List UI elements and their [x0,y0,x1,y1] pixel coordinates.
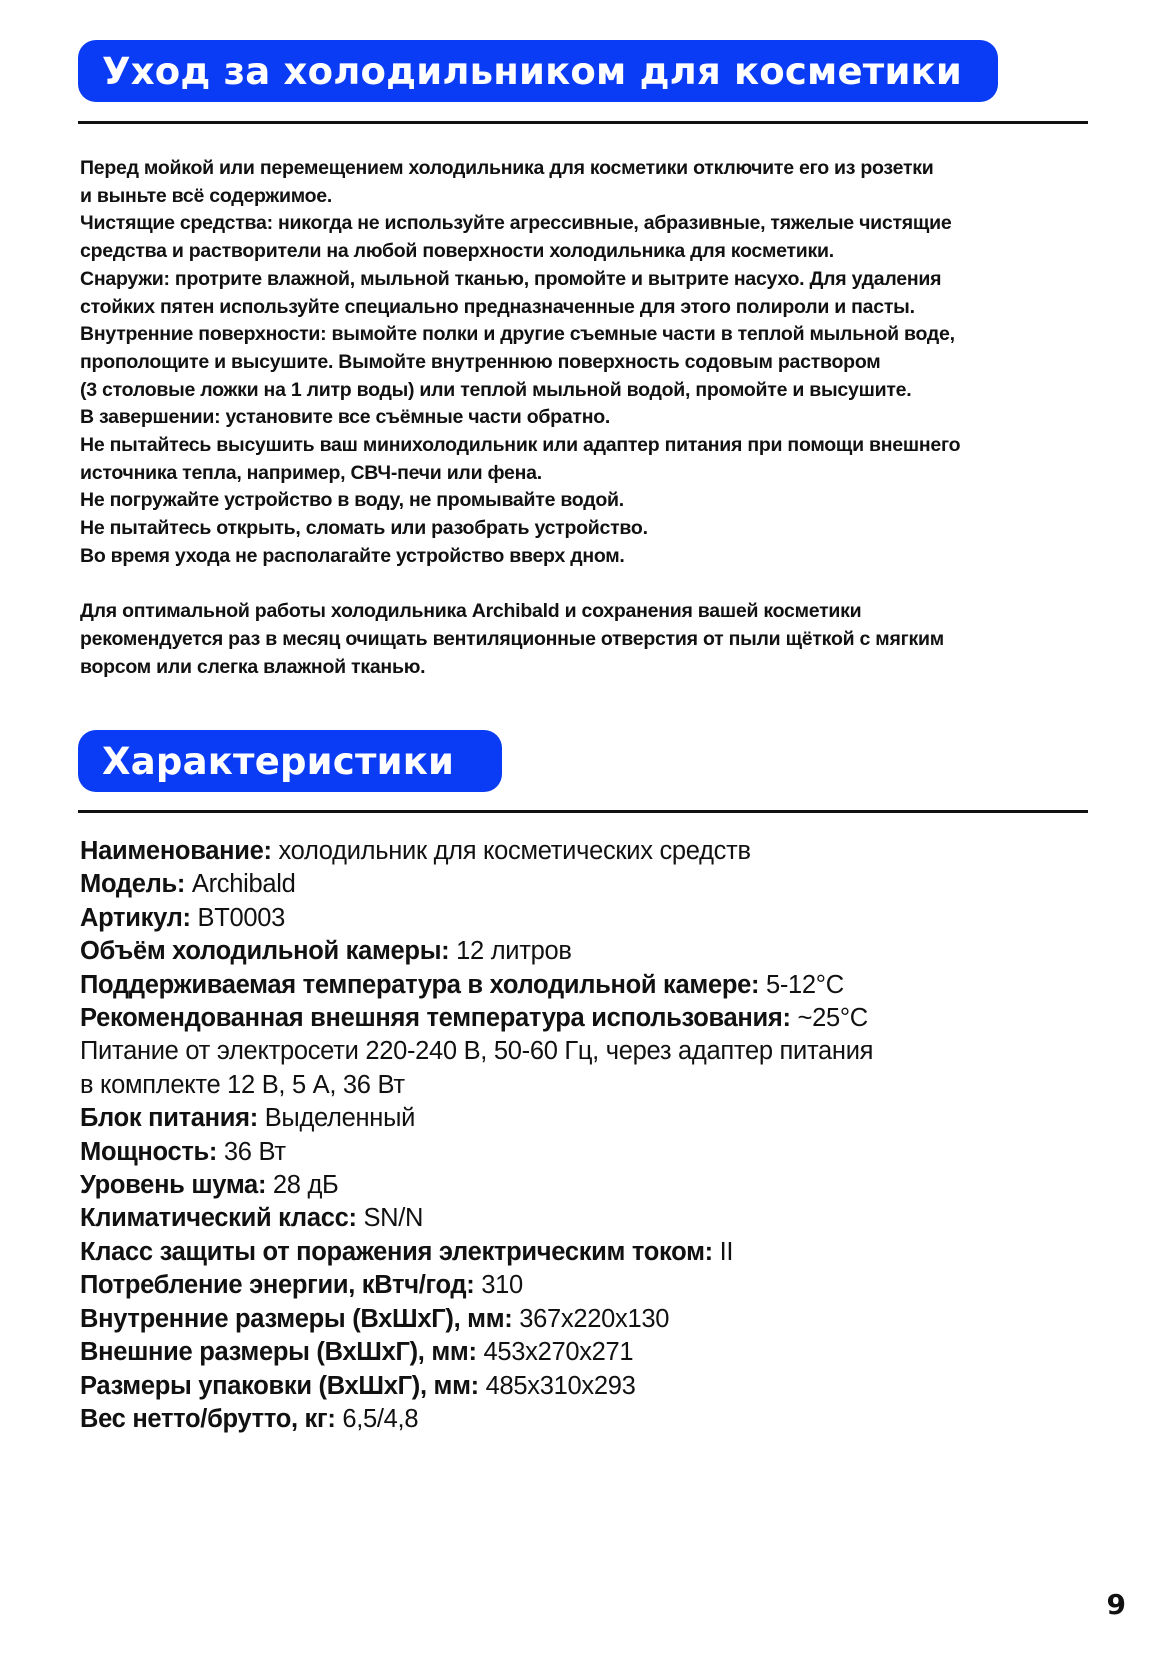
spec-value: ~25°C [791,1004,868,1032]
spec-row: Уровень шума: 28 дБ [80,1169,1090,1202]
spec-value: 6,5/4,8 [336,1405,419,1433]
spec-row: Рекомендованная внешняя температура испо… [80,1002,1090,1035]
spec-label: Климатический класс: [80,1204,357,1232]
spec-label: Класс защиты от поражения электрическим … [80,1238,713,1266]
spec-label: Мощность: [80,1138,217,1166]
care-line: источника тепла, например, СВЧ-печи или … [80,460,1090,488]
care-line: Во время ухода не располагайте устройств… [80,543,1090,571]
spec-label: Артикул: [80,904,191,932]
tip-line: Для оптимальной работы холодильника Arch… [80,598,1090,626]
spec-label: Вес нетто/брутто, кг: [80,1405,336,1433]
spec-row: Поддерживаемая температура в холодильной… [80,969,1090,1002]
spec-row: Блок питания: Выделенный [80,1102,1090,1135]
specifications-list: Наименование: холодильник для косметичес… [80,835,1090,1436]
spec-label: Поддерживаемая температура в холодильной… [80,971,759,999]
specs-section-divider [78,810,1088,813]
spec-row: Климатический класс: SN/N [80,1202,1090,1235]
spec-label: Потребление энергии, кВтч/год: [80,1271,475,1299]
care-line: Внутренние поверхности: вымойте полки и … [80,321,1090,349]
spec-value: 367x220x130 [513,1305,670,1333]
spec-value: BT0003 [191,904,285,932]
tip-line: ворсом или слегка влажной тканью. [80,654,1090,682]
spec-label: Объём холодильной камеры: [80,937,449,965]
care-line: В завершении: установите все съёмные час… [80,404,1090,432]
spec-row: Размеры упаковки (ВхШхГ), мм: 485x310x29… [80,1370,1090,1403]
spec-value: 485x310x293 [479,1372,636,1400]
spec-label: Размеры упаковки (ВхШхГ), мм: [80,1372,479,1400]
spec-value: SN/N [357,1204,424,1232]
care-line: прополощите и высушите. Вымойте внутренн… [80,349,1090,377]
spec-label: Рекомендованная внешняя температура испо… [80,1004,791,1032]
spec-row: в комплекте 12 В, 5 А, 36 Вт [80,1069,1090,1102]
page-number: 9 [1107,1588,1126,1621]
spec-value: 28 дБ [266,1171,338,1199]
spec-row: Класс защиты от поражения электрическим … [80,1236,1090,1269]
spec-row: Вес нетто/брутто, кг: 6,5/4,8 [80,1403,1090,1436]
spec-row: Внутренние размеры (ВхШхГ), мм: 367x220x… [80,1303,1090,1336]
spec-label: Наименование: [80,837,272,865]
spec-value: 5-12°C [759,971,844,999]
care-line: (3 столовые ложки на 1 литр воды) или те… [80,377,1090,405]
care-section-divider [78,121,1088,124]
spec-row: Питание от электросети 220-240 В, 50-60 … [80,1035,1090,1068]
care-line: Не пытайтесь высушить ваш минихолодильни… [80,432,1090,460]
spec-value: Archibald [185,870,295,898]
spec-value: 36 Вт [217,1138,286,1166]
care-line: средства и растворители на любой поверхн… [80,238,1090,266]
spec-label: Внутренние размеры (ВхШхГ), мм: [80,1305,513,1333]
tip-line: рекомендуется раз в месяц очищать вентил… [80,626,1090,654]
care-line: Чистящие средства: никогда не используйт… [80,210,1090,238]
spec-value: Выделенный [258,1104,415,1132]
care-line: Снаружи: протрите влажной, мыльной ткань… [80,266,1090,294]
spec-row: Артикул: BT0003 [80,902,1090,935]
spec-row: Мощность: 36 Вт [80,1136,1090,1169]
spec-label: Уровень шума: [80,1171,266,1199]
spec-row: Потребление энергии, кВтч/год: 310 [80,1269,1090,1302]
specs-section-heading: Характеристики [78,730,502,792]
spec-label: Блок питания: [80,1104,258,1132]
spec-label: Модель: [80,870,185,898]
care-line: Перед мойкой или перемещением холодильни… [80,155,1090,183]
spec-label: Внешние размеры (ВхШхГ), мм: [80,1338,477,1366]
spec-row: Объём холодильной камеры: 12 литров [80,935,1090,968]
spec-value: 12 литров [449,937,571,965]
care-instructions: Перед мойкой или перемещением холодильни… [80,155,1090,681]
care-line: Не погружайте устройство в воду, не пром… [80,487,1090,515]
care-line: Не пытайтесь открыть, сломать или разобр… [80,515,1090,543]
care-line: стойких пятен используйте специально пре… [80,294,1090,322]
paragraph-gap [80,571,1090,599]
care-line: и выньте всё содержимое. [80,183,1090,211]
spec-value: в комплекте 12 В, 5 А, 36 Вт [80,1071,405,1099]
spec-row: Внешние размеры (ВхШхГ), мм: 453x270x271 [80,1336,1090,1369]
spec-value: холодильник для косметических средств [272,837,751,865]
spec-value: 453x270x271 [477,1338,634,1366]
spec-value: 310 [475,1271,523,1299]
spec-value: Питание от электросети 220-240 В, 50-60 … [80,1037,873,1065]
care-section-heading: Уход за холодильником для косметики [78,40,998,102]
spec-value: II [713,1238,733,1266]
spec-row: Наименование: холодильник для косметичес… [80,835,1090,868]
spec-row: Модель: Archibald [80,868,1090,901]
